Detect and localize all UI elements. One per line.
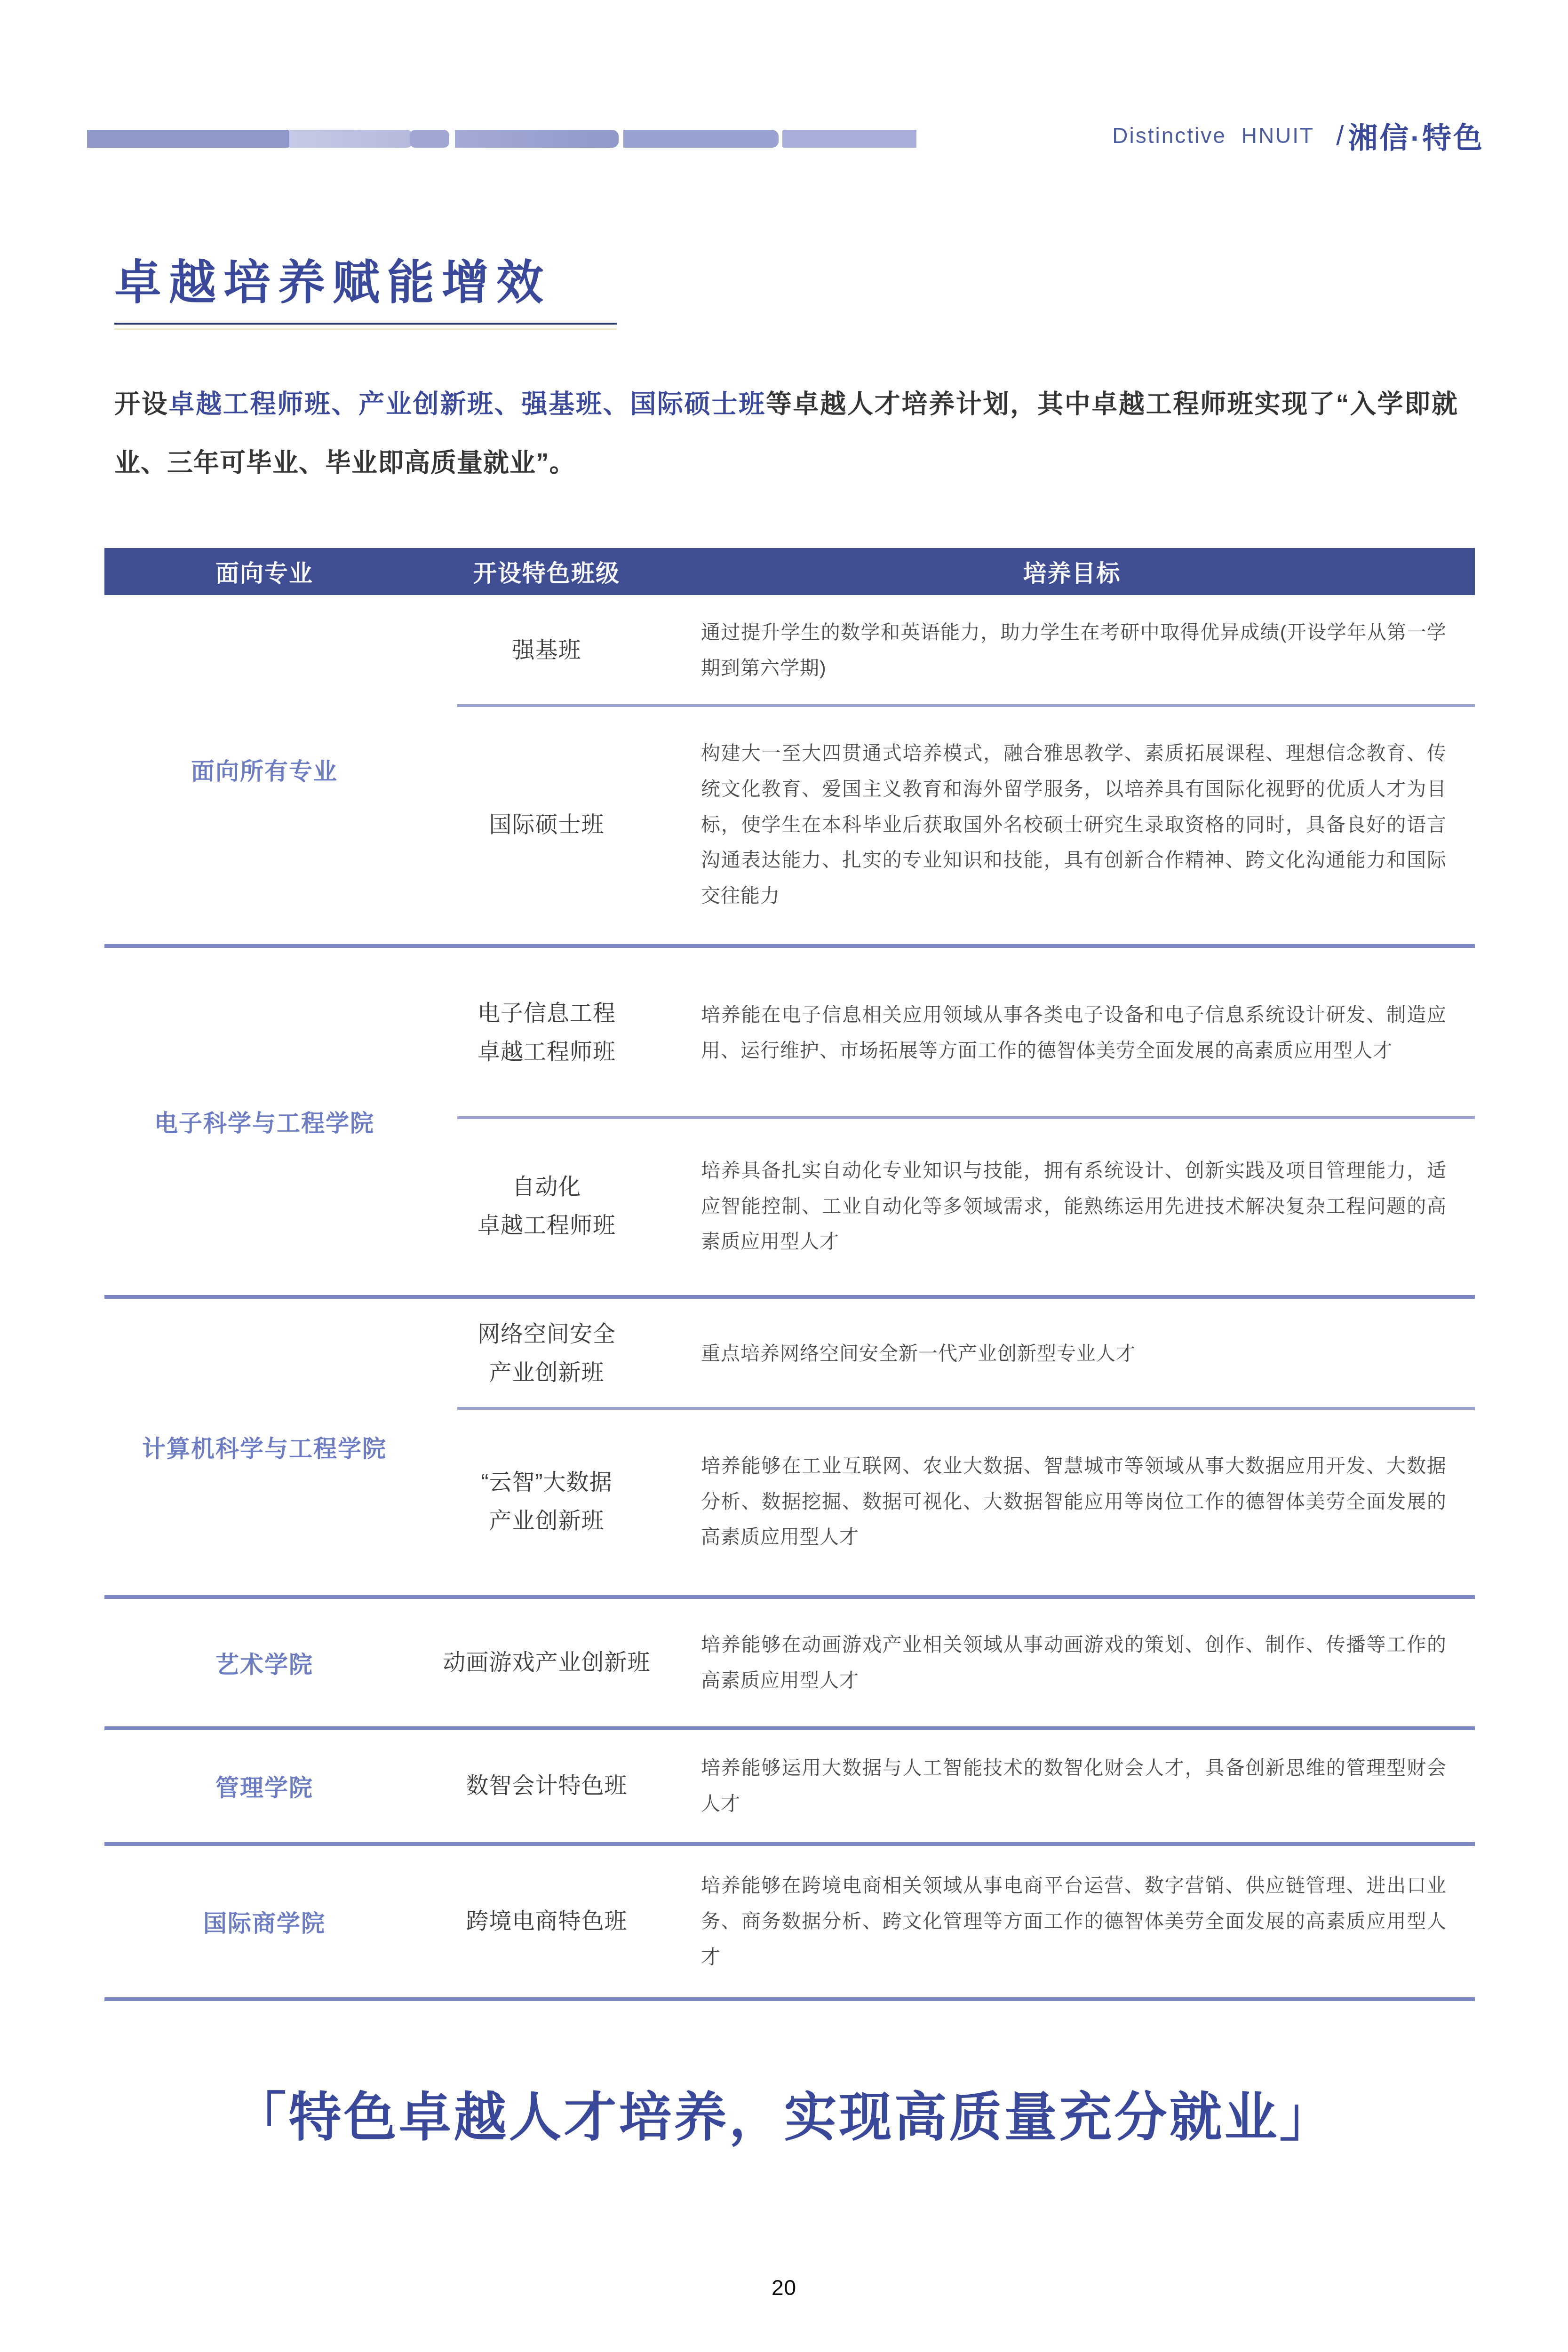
deco-segment: [289, 130, 413, 148]
page-number: 20: [0, 2275, 1568, 2300]
header-english-text: Distinctive HNUIT: [1112, 123, 1314, 148]
class-cell: 跨境电商特色班: [424, 1846, 669, 1997]
table-row: 强基班 通过提升学生的数学和英语能力，助力学生在考研中取得优异成绩(开设学年从第…: [424, 595, 1475, 706]
table-section-art: 艺术学院 动画游戏产业创新班 培养能够在动画游戏产业相关领域从事动画游戏的策划、…: [104, 1599, 1475, 1730]
deco-segment: [87, 130, 289, 148]
th-major: 面向专业: [104, 548, 424, 595]
title-underline-accent: [114, 328, 617, 330]
page-header: Distinctive HNUIT / 湘信·特色: [1112, 110, 1484, 161]
major-cell: 电子科学与工程学院: [104, 948, 424, 1295]
major-cell: 艺术学院: [104, 1599, 424, 1726]
programs-table: 面向专业 开设特色班级 培养目标 面向所有专业 强基班 通过提升学生的数学和英语…: [104, 548, 1475, 2001]
deco-segment: [410, 130, 449, 148]
table-section-intl-business: 国际商学院 跨境电商特色班 培养能够在跨境电商相关领域从事电商平台运营、数字营销…: [104, 1846, 1475, 2001]
major-cell: 计算机科学与工程学院: [104, 1299, 424, 1595]
class-cell: 国际硕士班: [424, 706, 669, 944]
table-section-electronics: 电子科学与工程学院 电子信息工程 卓越工程师班 培养能在电子信息相关应用领域从事…: [104, 948, 1475, 1299]
goal-cell: 培养能够在动画游戏产业相关领域从事动画游戏的策划、创作、制作、传播等工作的高素质…: [669, 1599, 1475, 1726]
class-cell: 强基班: [424, 595, 669, 706]
deco-segment: [623, 130, 779, 148]
table-row: 电子信息工程 卓越工程师班 培养能在电子信息相关应用领域从事各类电子设备和电子信…: [424, 948, 1475, 1118]
intro-highlight: 卓越工程师班、产业创新班、强基班、国际硕士班: [168, 389, 765, 418]
table-section-computer: 计算机科学与工程学院 网络空间安全 产业创新班 重点培养网络空间安全新一代产业创…: [104, 1299, 1475, 1599]
major-cell: 面向所有专业: [104, 595, 424, 944]
th-class: 开设特色班级: [424, 548, 669, 595]
goal-cell: 通过提升学生的数学和英语能力，助力学生在考研中取得优异成绩(开设学年从第一学期到…: [669, 595, 1475, 706]
slogan: 「特色卓越人才培养，实现高质量充分就业」: [0, 2075, 1568, 2151]
class-cell: 动画游戏产业创新班: [424, 1599, 669, 1726]
table-row: 网络空间安全 产业创新班 重点培养网络空间安全新一代产业创新型专业人才: [424, 1299, 1475, 1408]
goal-cell: 重点培养网络空间安全新一代产业创新型专业人才: [669, 1299, 1475, 1408]
goal-cell: 构建大一至大四贯通式培养模式，融合雅思教学、素质拓展课程、理想信念教育、传统文化…: [669, 706, 1475, 944]
table-row: 动画游戏产业创新班 培养能够在动画游戏产业相关领域从事动画游戏的策划、创作、制作…: [424, 1599, 1475, 1726]
major-cell: 国际商学院: [104, 1846, 424, 1997]
table-row: “云智”大数据 产业创新班 培养能够在工业互联网、农业大数据、智慧城市等领域从事…: [424, 1408, 1475, 1595]
goal-cell: 培养能够运用大数据与人工智能技术的数智化财会人才，具备创新思维的管理型财会人才: [669, 1730, 1475, 1842]
class-cell: 电子信息工程 卓越工程师班: [424, 948, 669, 1118]
class-cell: 数智会计特色班: [424, 1730, 669, 1842]
deco-segment: [455, 130, 619, 148]
table-section-all-majors: 面向所有专业 强基班 通过提升学生的数学和英语能力，助力学生在考研中取得优异成绩…: [104, 595, 1475, 948]
header-chinese-text: 湘信·特色: [1348, 115, 1484, 157]
goal-cell: 培养能在电子信息相关应用领域从事各类电子设备和电子信息系统设计研发、制造应用、运…: [669, 948, 1475, 1118]
table-row: 自动化 卓越工程师班 培养具备扎实自动化专业知识与技能，拥有系统设计、创新实践及…: [424, 1118, 1475, 1295]
deco-segment: [782, 130, 916, 148]
th-goal: 培养目标: [669, 548, 1475, 595]
table-row: 国际硕士班 构建大一至大四贯通式培养模式，融合雅思教学、素质拓展课程、理想信念教…: [424, 706, 1475, 944]
brochure-page: Distinctive HNUIT / 湘信·特色 卓越培养赋能增效 开设卓越工…: [0, 0, 1568, 2352]
table-row: 数智会计特色班 培养能够运用大数据与人工智能技术的数智化财会人才，具备创新思维的…: [424, 1730, 1475, 1842]
goal-cell: 培养能够在工业互联网、农业大数据、智慧城市等领域从事大数据应用开发、大数据分析、…: [669, 1408, 1475, 1595]
intro-paragraph: 开设卓越工程师班、产业创新班、强基班、国际硕士班等卓越人才培养计划，其中卓越工程…: [114, 374, 1458, 492]
class-cell: 自动化 卓越工程师班: [424, 1118, 669, 1295]
title-underline: [114, 323, 617, 325]
class-cell: 网络空间安全 产业创新班: [424, 1299, 669, 1408]
header-slash: /: [1336, 120, 1344, 151]
goal-cell: 培养具备扎实自动化专业知识与技能，拥有系统设计、创新实践及项目管理能力，适应智能…: [669, 1118, 1475, 1295]
table-header-row: 面向专业 开设特色班级 培养目标: [104, 548, 1475, 595]
table-row: 跨境电商特色班 培养能够在跨境电商相关领域从事电商平台运营、数字营销、供应链管理…: [424, 1846, 1475, 1997]
goal-cell: 培养能够在跨境电商相关领域从事电商平台运营、数字营销、供应链管理、进出口业务、商…: [669, 1846, 1475, 1997]
deco-bar: [87, 130, 916, 148]
class-cell: “云智”大数据 产业创新班: [424, 1408, 669, 1595]
intro-prefix: 开设: [114, 389, 168, 418]
page-title: 卓越培养赋能增效: [114, 245, 551, 312]
major-cell: 管理学院: [104, 1730, 424, 1842]
table-section-management: 管理学院 数智会计特色班 培养能够运用大数据与人工智能技术的数智化财会人才，具备…: [104, 1730, 1475, 1846]
